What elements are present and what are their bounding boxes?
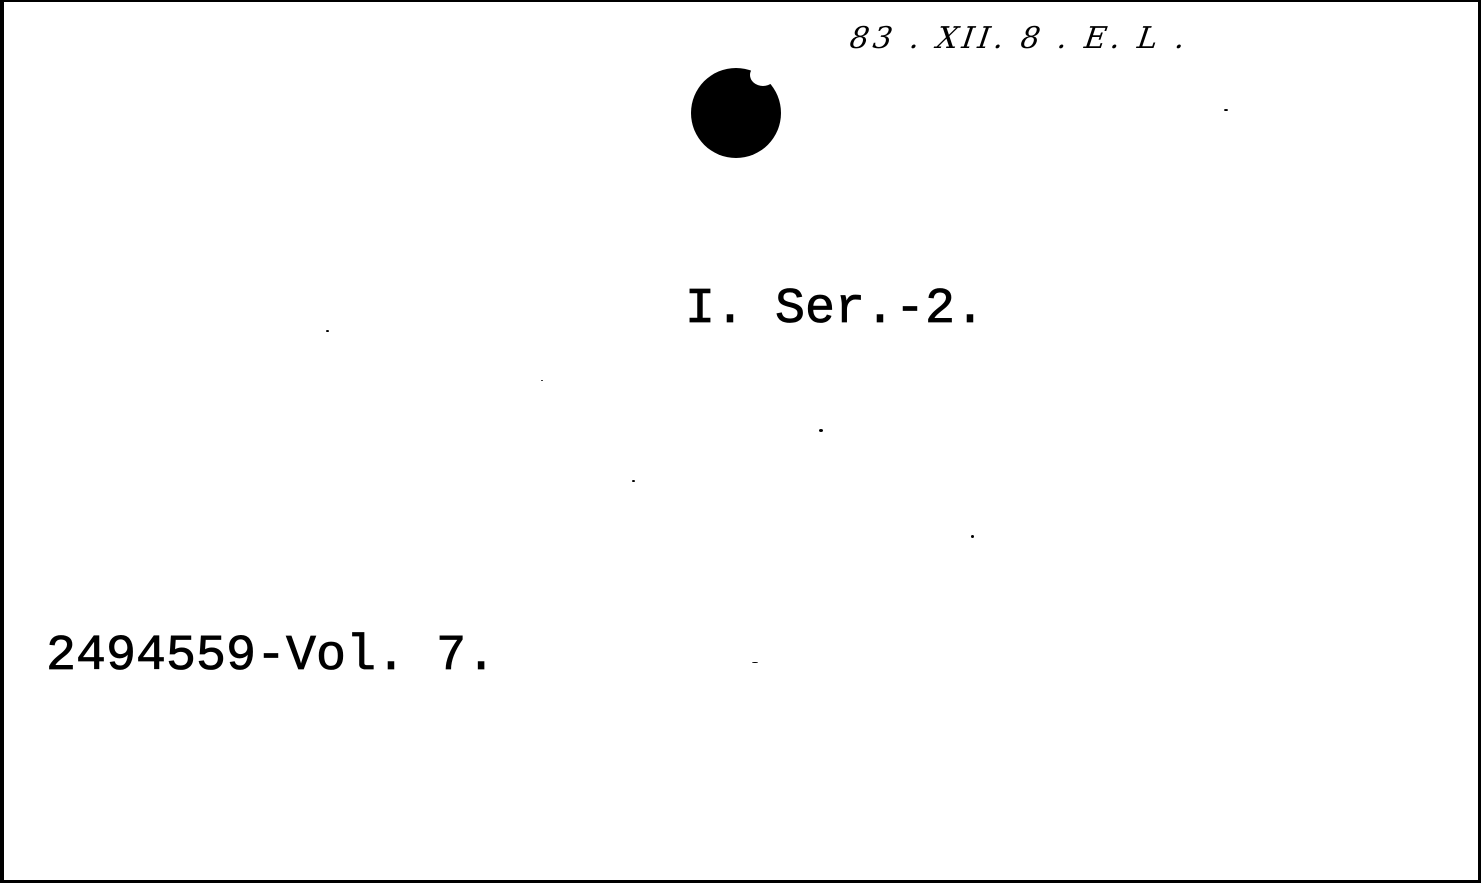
scan-speck (819, 429, 823, 432)
handwritten-notation: 83 . XII. 8 . E. L . (848, 24, 1191, 54)
series-label: I. Ser.-2. (685, 285, 985, 335)
punch-hole-notch (750, 64, 776, 86)
scan-speck (541, 380, 543, 381)
catalog-card: 83 . XII. 8 . E. L . I. Ser.-2. 2494559-… (0, 0, 1481, 883)
scan-speck (326, 330, 329, 332)
scan-speck (632, 480, 635, 482)
scan-speck (752, 662, 758, 663)
scan-speck (1224, 109, 1228, 111)
call-number: 2494559-Vol. 7. (46, 632, 496, 682)
scan-speck (971, 535, 974, 538)
